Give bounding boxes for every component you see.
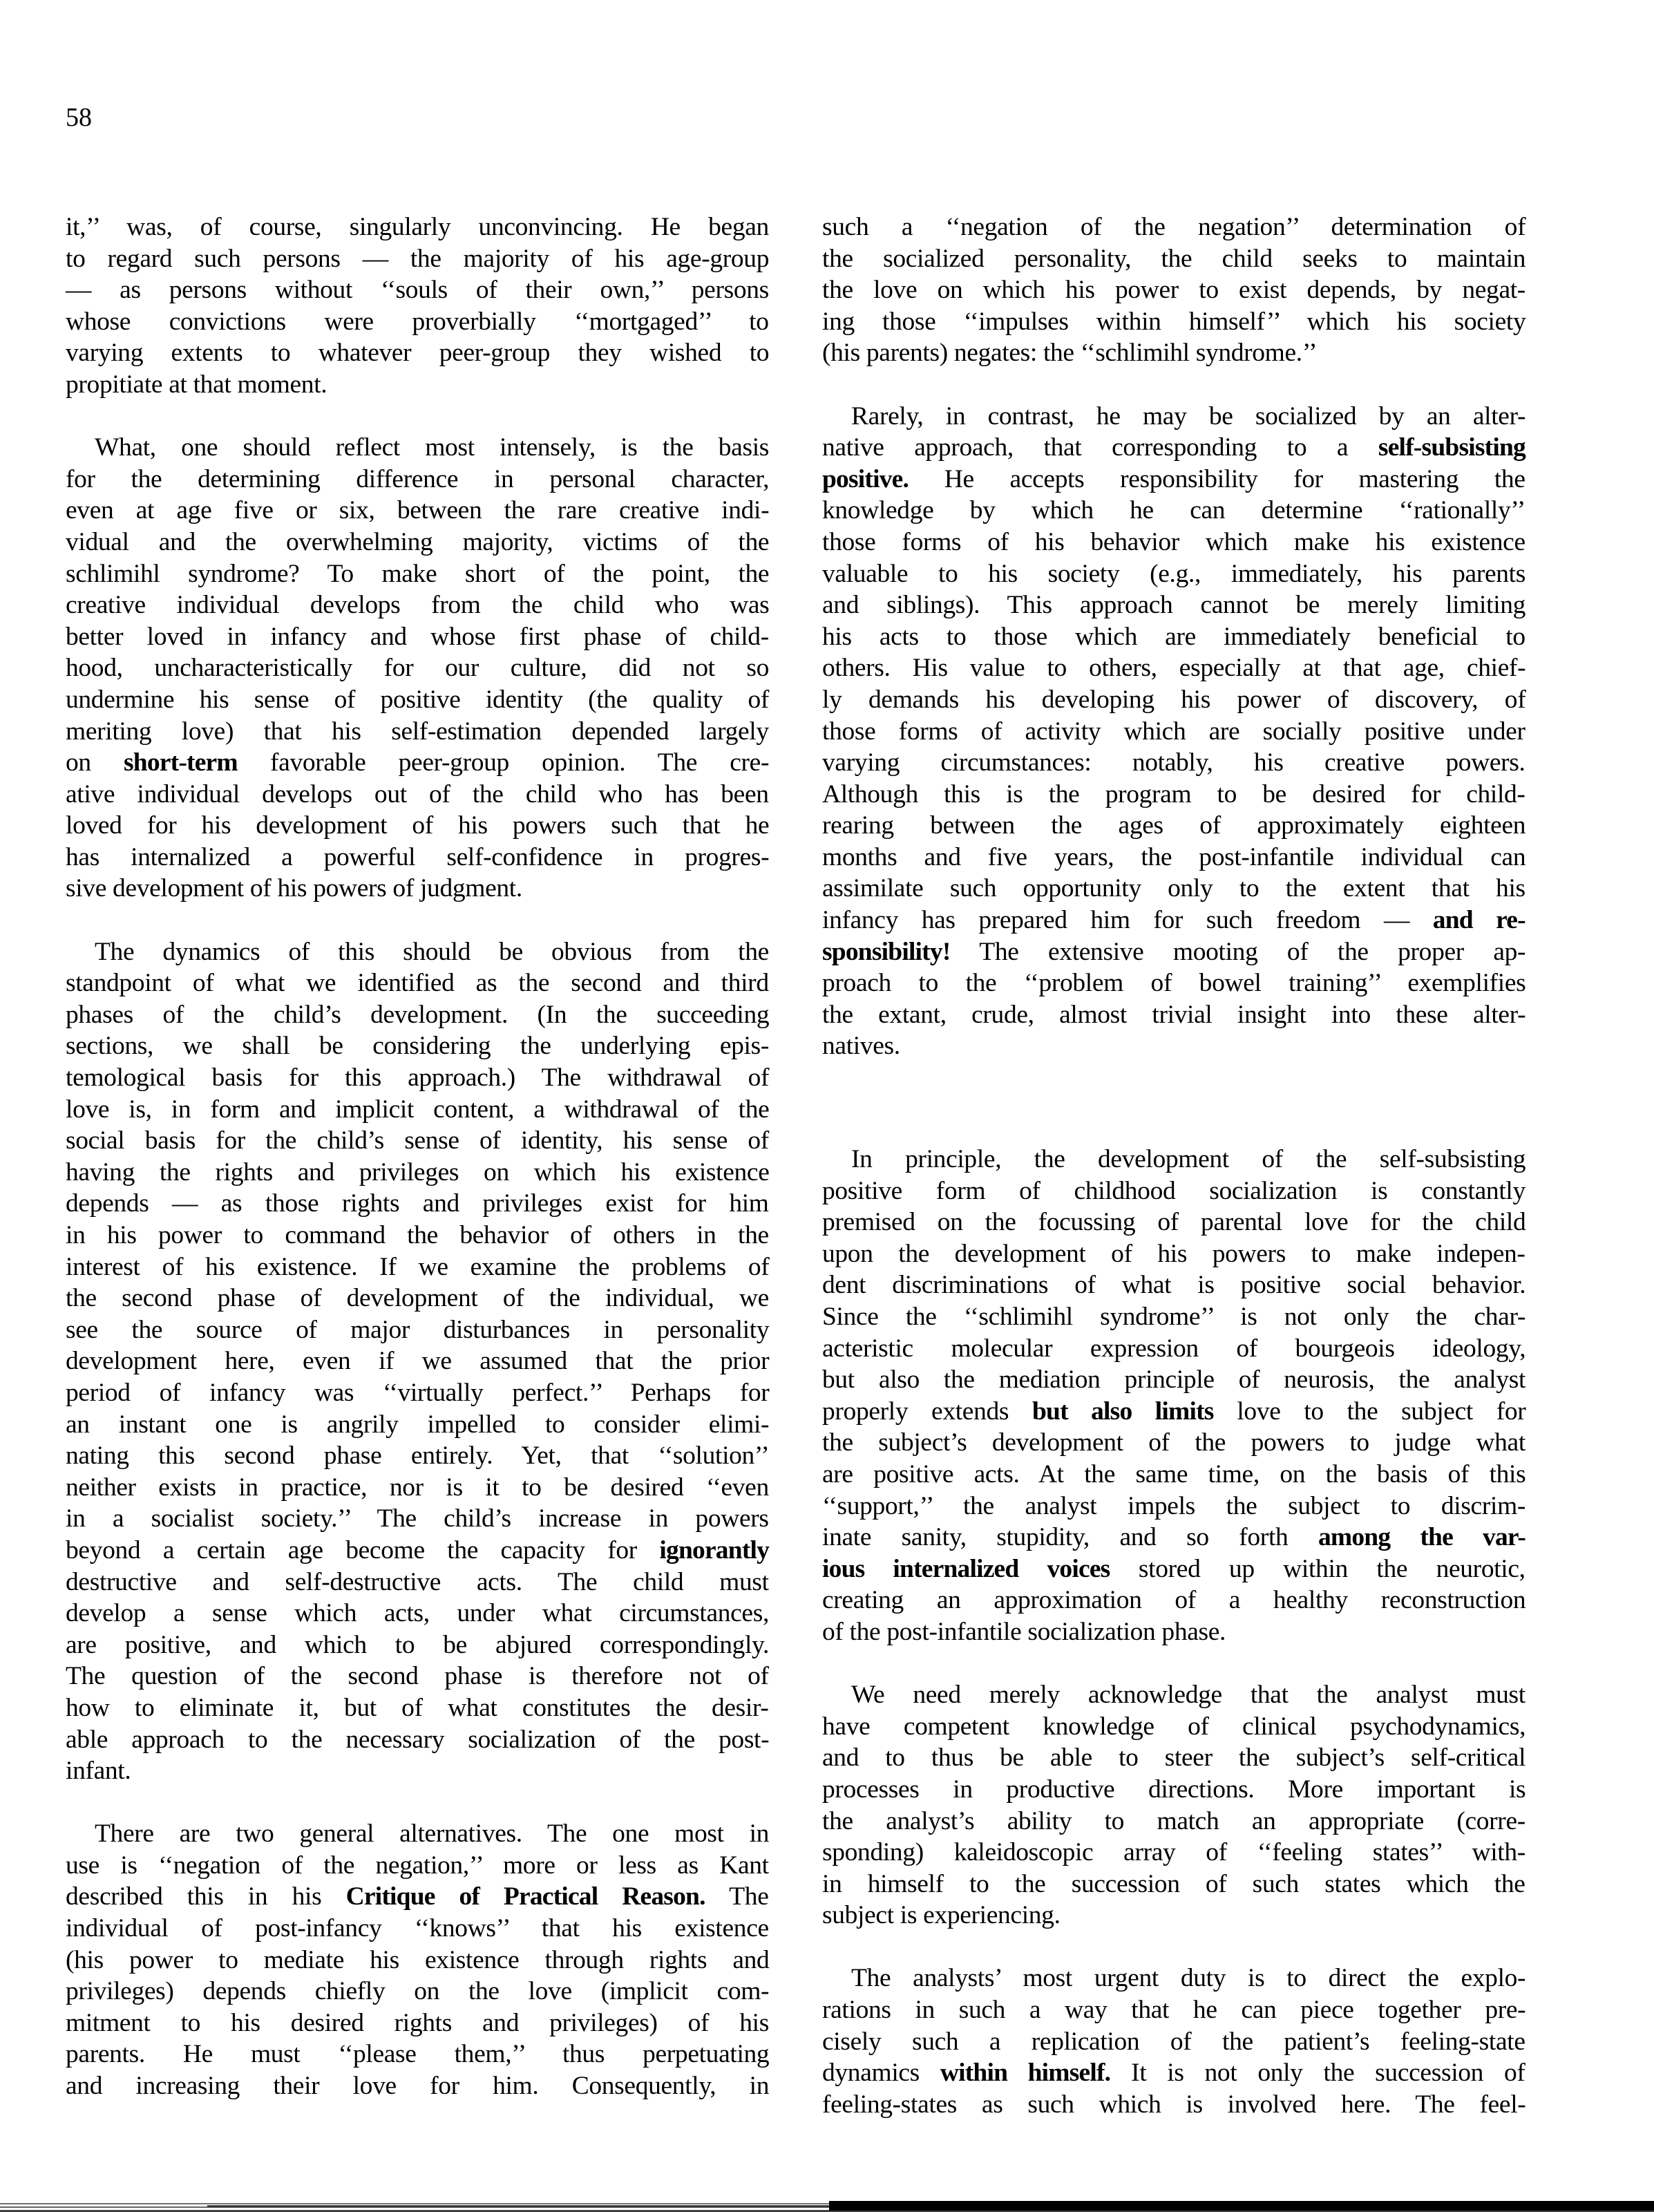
text-run: months and five years, the post-infantil… bbox=[822, 843, 1525, 871]
text-line: varying extents to whatever peer-group t… bbox=[66, 337, 769, 369]
text-run: mitment to his desired rights and privil… bbox=[66, 2009, 769, 2037]
text-line: hood, uncharacteristically for our cultu… bbox=[66, 652, 769, 684]
text-run: development here, even if we assumed tha… bbox=[66, 1347, 769, 1375]
text-run: proach to the ‘‘problem of bowel trainin… bbox=[822, 969, 1525, 997]
text-run: the analyst’s ability to match an approp… bbox=[822, 1807, 1525, 1835]
paragraph-gap bbox=[66, 905, 769, 936]
text-run: social basis for the child’s sense of id… bbox=[66, 1126, 769, 1155]
text-line: his acts to those which are immediately … bbox=[822, 621, 1525, 653]
text-run: Although this is the program to be desir… bbox=[822, 780, 1525, 809]
text-line: individual of post-infancy ‘‘knows’’ tha… bbox=[66, 1913, 769, 1945]
text-line: period of infancy was ‘‘virtually perfec… bbox=[66, 1377, 769, 1409]
text-run: stored up within the neurotic, bbox=[1110, 1555, 1525, 1583]
text-line: processes in productive directions. More… bbox=[822, 1774, 1525, 1806]
text-run: love to the subject for bbox=[1214, 1397, 1526, 1426]
text-line: social basis for the child’s sense of id… bbox=[66, 1125, 769, 1157]
text-line: ative individual develops out of the chi… bbox=[66, 779, 769, 811]
text-line: but also the mediation principle of neur… bbox=[822, 1364, 1525, 1396]
text-line: Rarely, in contrast, he may be socialize… bbox=[822, 401, 1525, 433]
text-line: the subject’s development of the powers … bbox=[822, 1427, 1525, 1459]
text-line: those forms of activity which are social… bbox=[822, 716, 1525, 748]
text-line: Although this is the program to be desir… bbox=[822, 779, 1525, 811]
text-run: others. His value to others, especially … bbox=[822, 654, 1525, 682]
text-line: such a ‘‘negation of the negation’’ dete… bbox=[822, 211, 1525, 243]
text-line: able approach to the necessary socializa… bbox=[66, 1724, 769, 1756]
text-line: the love on which his power to exist dep… bbox=[822, 274, 1525, 306]
text-line: (his power to mediate his existence thro… bbox=[66, 1945, 769, 1976]
text-run: The analysts’ most urgent duty is to dir… bbox=[851, 1964, 1525, 1992]
text-run: undermine his sense of positive identity… bbox=[66, 686, 769, 714]
text-line: in himself to the succession of such sta… bbox=[822, 1869, 1525, 1900]
text-line: feeling-states as such which is involved… bbox=[822, 2089, 1525, 2121]
bold-emphasis: short-term bbox=[124, 748, 238, 777]
text-line: and increasing their love for him. Conse… bbox=[66, 2070, 769, 2102]
text-run: What, one should reflect most intensely,… bbox=[95, 433, 769, 462]
text-run: assimilate such opportunity only to the … bbox=[822, 874, 1525, 902]
text-run: privileges) depends chiefly on the love … bbox=[66, 1977, 769, 2005]
text-line: the extant, crude, almost trivial insigh… bbox=[822, 999, 1525, 1031]
text-line: propitiate at that moment. bbox=[66, 369, 769, 401]
text-run: dent discriminations of what is positive… bbox=[822, 1271, 1525, 1299]
text-line: for the determining difference in person… bbox=[66, 464, 769, 495]
text-line: In principle, the development of the sel… bbox=[822, 1144, 1525, 1175]
text-run: in his power to command the behavior of … bbox=[66, 1221, 769, 1249]
text-line: in a socialist society.’’ The child’s in… bbox=[66, 1503, 769, 1535]
text-line: neither exists in practice, nor is it to… bbox=[66, 1472, 769, 1504]
text-line: to regard such persons — the majority of… bbox=[66, 243, 769, 275]
paragraph: such a ‘‘negation of the negation’’ dete… bbox=[822, 211, 1525, 369]
text-run: are positive acts. At the same time, on … bbox=[822, 1460, 1525, 1488]
text-line: positive. He accepts responsibility for … bbox=[822, 464, 1525, 495]
paragraph-gap bbox=[822, 369, 1525, 401]
text-run: develop a sense which acts, under what c… bbox=[66, 1599, 769, 1627]
text-run: of the post-infantile socialization phas… bbox=[822, 1618, 1226, 1646]
text-run: rearing between the ages of approximatel… bbox=[822, 811, 1525, 840]
text-line: sponsibility! The extensive mooting of t… bbox=[822, 936, 1525, 968]
text-line: how to eliminate it, but of what constit… bbox=[66, 1692, 769, 1724]
text-line: infancy has prepared him for such freedo… bbox=[822, 905, 1525, 936]
text-line: cisely such a replication of the patient… bbox=[822, 2026, 1525, 2058]
text-run: and increasing their love for him. Conse… bbox=[66, 2072, 769, 2100]
text-run: ‘‘support,’’ the analyst impels the subj… bbox=[822, 1492, 1525, 1520]
text-line: undermine his sense of positive identity… bbox=[66, 684, 769, 716]
text-line: native approach, that corresponding to a… bbox=[822, 432, 1525, 464]
text-run: vidual and the overwhelming majority, vi… bbox=[66, 528, 769, 556]
text-line: creative individual develops from the ch… bbox=[66, 589, 769, 621]
text-run: meriting love) that his self-estimation … bbox=[66, 717, 769, 746]
text-line: privileges) depends chiefly on the love … bbox=[66, 1976, 769, 2007]
paragraph: What, one should reflect most intensely,… bbox=[66, 432, 769, 905]
text-run: better loved in infancy and whose first … bbox=[66, 623, 769, 651]
text-run: for the determining difference in person… bbox=[66, 465, 769, 493]
text-line: ing those ‘‘impulses within himself’’ wh… bbox=[822, 306, 1525, 338]
text-run: love is, in form and implicit content, a… bbox=[66, 1095, 769, 1124]
text-run: nating this second phase entirely. Yet, … bbox=[66, 1441, 769, 1470]
text-line: having the rights and privileges on whic… bbox=[66, 1157, 769, 1189]
text-run: dynamics bbox=[822, 2059, 940, 2087]
text-line: schlimihl syndrome? To make short of the… bbox=[66, 558, 769, 590]
text-run: The dynamics of this should be obvious f… bbox=[95, 938, 769, 966]
paragraph: it,’’ was, of course, singularly unconvi… bbox=[66, 211, 769, 401]
text-line: months and five years, the post-infantil… bbox=[822, 842, 1525, 873]
text-run: rations in such a way that he can piece … bbox=[822, 1996, 1525, 2024]
text-run: the socialized personality, the child se… bbox=[822, 245, 1525, 273]
text-line: see the source of major disturbances in … bbox=[66, 1314, 769, 1346]
text-run: schlimihl syndrome? To make short of the… bbox=[66, 560, 769, 588]
paragraph-gap bbox=[822, 1648, 1525, 1680]
text-run: sive development of his powers of judgme… bbox=[66, 874, 522, 902]
text-run: his acts to those which are immediately … bbox=[822, 623, 1525, 651]
text-line: The question of the second phase is ther… bbox=[66, 1661, 769, 1692]
text-run: The extensive mooting of the proper ap- bbox=[951, 938, 1526, 966]
paragraph: In principle, the development of the sel… bbox=[822, 1144, 1525, 1648]
text-line: loved for his development of his powers … bbox=[66, 810, 769, 842]
text-run: sections, we shall be considering the un… bbox=[66, 1032, 769, 1060]
text-run: those forms of activity which are social… bbox=[822, 717, 1525, 746]
text-line: whose convictions were proverbially ‘‘mo… bbox=[66, 306, 769, 338]
text-run: hood, uncharacteristically for our cultu… bbox=[66, 654, 769, 682]
text-run: the love on which his power to exist dep… bbox=[822, 276, 1525, 304]
bold-emphasis: within himself. bbox=[940, 2059, 1110, 2087]
text-run: see the source of major disturbances in … bbox=[66, 1316, 769, 1344]
text-run: processes in productive directions. More… bbox=[822, 1775, 1525, 1804]
text-run: The bbox=[705, 1882, 769, 1911]
text-run: valuable to his society (e.g., immediate… bbox=[822, 560, 1525, 588]
text-line: and to thus be able to steer the subject… bbox=[822, 1742, 1525, 1774]
text-run: We need merely acknowledge that the anal… bbox=[851, 1681, 1525, 1709]
text-run: an instant one is angrily impelled to co… bbox=[66, 1410, 769, 1439]
text-line: ly demands his developing his power of d… bbox=[822, 684, 1525, 716]
text-run: varying extents to whatever peer-group t… bbox=[66, 339, 769, 367]
text-run: phases of the child’s development. (In t… bbox=[66, 1001, 769, 1029]
text-run: premised on the focussing of parental lo… bbox=[822, 1208, 1525, 1236]
text-run: temological basis for this approach.) Th… bbox=[66, 1064, 769, 1092]
text-run: ly demands his developing his power of d… bbox=[822, 686, 1525, 714]
text-line: the analyst’s ability to match an approp… bbox=[822, 1806, 1525, 1837]
text-run: even at age five or six, between the rar… bbox=[66, 496, 769, 524]
text-run: sponding) kaleidoscopic array of ‘‘feeli… bbox=[822, 1838, 1525, 1866]
text-run: how to eliminate it, but of what constit… bbox=[66, 1694, 768, 1722]
text-line: meriting love) that his self-estimation … bbox=[66, 716, 769, 748]
text-line: of the post-infantile socialization phas… bbox=[822, 1616, 1525, 1648]
bold-emphasis: but also limits bbox=[1032, 1397, 1214, 1426]
text-line: dynamics within himself. It is not only … bbox=[822, 2057, 1525, 2089]
text-line: are positive, and which to be abjured co… bbox=[66, 1629, 769, 1661]
text-run: having the rights and privileges on whic… bbox=[66, 1158, 770, 1187]
text-line: vidual and the overwhelming majority, vi… bbox=[66, 527, 769, 558]
text-run: feeling-states as such which is involved… bbox=[822, 2090, 1525, 2119]
text-line: sponding) kaleidoscopic array of ‘‘feeli… bbox=[822, 1837, 1525, 1869]
text-run: in himself to the succession of such sta… bbox=[822, 1870, 1525, 1898]
text-run: inate sanity, stupidity, and so forth bbox=[822, 1523, 1318, 1551]
text-line: inate sanity, stupidity, and so forth am… bbox=[822, 1522, 1525, 1553]
text-run: properly extends bbox=[822, 1397, 1032, 1426]
text-line: There are two general alternatives. The … bbox=[66, 1818, 769, 1850]
text-run: acteristic molecular expression of bourg… bbox=[822, 1334, 1525, 1363]
text-line: are positive acts. At the same time, on … bbox=[822, 1459, 1525, 1491]
text-run: varying circumstances: notably, his crea… bbox=[822, 748, 1525, 777]
paragraph-gap bbox=[822, 1062, 1525, 1144]
text-run: able approach to the necessary socializa… bbox=[66, 1726, 769, 1754]
text-run: in a socialist society.’’ The child’s in… bbox=[66, 1504, 769, 1533]
bold-emphasis: among the var- bbox=[1318, 1523, 1525, 1551]
text-run: creative individual develops from the ch… bbox=[66, 591, 769, 619]
text-line: the second phase of development of the i… bbox=[66, 1283, 769, 1314]
paragraph-gap bbox=[66, 1787, 769, 1819]
text-line: phases of the child’s development. (In t… bbox=[66, 999, 769, 1031]
text-line: sive development of his powers of judgme… bbox=[66, 873, 769, 905]
text-run: positive form of childhood socialization… bbox=[822, 1177, 1525, 1205]
text-run: those forms of his behavior which make h… bbox=[822, 528, 1525, 556]
text-run: It is not only the succession of bbox=[1110, 2059, 1525, 2087]
text-run: such a ‘‘negation of the negation’’ dete… bbox=[822, 213, 1525, 241]
text-run: depends — as those rights and privileges… bbox=[66, 1189, 769, 1218]
text-line: upon the development of his powers to ma… bbox=[822, 1238, 1525, 1270]
text-line: have competent knowledge of clinical psy… bbox=[822, 1711, 1525, 1743]
text-line: rations in such a way that he can piece … bbox=[822, 1994, 1525, 2026]
text-line: develop a sense which acts, under what c… bbox=[66, 1598, 769, 1629]
left-column: it,’’ was, of course, singularly unconvi… bbox=[66, 211, 769, 2102]
text-line: properly extends but also limits love to… bbox=[822, 1396, 1525, 1428]
text-line: ‘‘support,’’ the analyst impels the subj… bbox=[822, 1491, 1525, 1522]
text-run: but also the mediation principle of neur… bbox=[822, 1365, 1525, 1394]
text-run: and siblings). This approach cannot be m… bbox=[822, 591, 1525, 619]
text-line: love is, in form and implicit content, a… bbox=[66, 1094, 769, 1126]
text-line: in his power to command the behavior of … bbox=[66, 1220, 769, 1251]
text-run: standpoint of what we identified as the … bbox=[66, 969, 769, 997]
text-line: it,’’ was, of course, singularly unconvi… bbox=[66, 211, 769, 243]
paragraph: Rarely, in contrast, he may be socialize… bbox=[822, 401, 1525, 1062]
text-line: valuable to his society (e.g., immediate… bbox=[822, 558, 1525, 590]
text-line: What, one should reflect most intensely,… bbox=[66, 432, 769, 464]
text-run: have competent knowledge of clinical psy… bbox=[822, 1712, 1525, 1741]
text-run: destructive and self-destructive acts. T… bbox=[66, 1568, 769, 1596]
text-run: subject is experiencing. bbox=[822, 1901, 1061, 1929]
paragraph: We need merely acknowledge that the anal… bbox=[822, 1679, 1525, 1931]
text-run: use is ‘‘negation of the negation,’’ mor… bbox=[66, 1851, 769, 1880]
text-run: the second phase of development of the i… bbox=[66, 1284, 769, 1312]
text-line: (his parents) negates: the ‘‘schlimihl s… bbox=[822, 337, 1525, 369]
text-run: to regard such persons — the majority of… bbox=[66, 245, 769, 273]
bold-emphasis: positive. bbox=[822, 465, 909, 493]
text-line: acteristic molecular expression of bourg… bbox=[822, 1333, 1525, 1365]
text-run: and to thus be able to steer the subject… bbox=[822, 1743, 1525, 1772]
paragraph-gap bbox=[822, 1931, 1525, 1963]
text-line: those forms of his behavior which make h… bbox=[822, 527, 1525, 558]
text-run: creating an approximation of a healthy r… bbox=[822, 1586, 1525, 1614]
text-line: better loved in infancy and whose first … bbox=[66, 621, 769, 653]
text-run: In principle, the development of the sel… bbox=[851, 1145, 1525, 1173]
paragraph: The analysts’ most urgent duty is to dir… bbox=[822, 1963, 1525, 2120]
text-line: ious internalized voices stored up withi… bbox=[822, 1553, 1525, 1585]
text-line: natives. bbox=[822, 1030, 1525, 1062]
paragraph: The dynamics of this should be obvious f… bbox=[66, 936, 769, 1787]
text-line: an instant one is angrily impelled to co… bbox=[66, 1409, 769, 1441]
text-run: upon the development of his powers to ma… bbox=[822, 1240, 1525, 1268]
text-line: development here, even if we assumed tha… bbox=[66, 1345, 769, 1377]
text-line: depends — as those rights and privileges… bbox=[66, 1188, 769, 1220]
text-run: are positive, and which to be abjured co… bbox=[66, 1631, 769, 1659]
text-run: ing those ‘‘impulses within himself’’ wh… bbox=[822, 308, 1525, 336]
text-run: interest of his existence. If we examine… bbox=[66, 1253, 769, 1281]
text-run: knowledge by which he can determine ‘‘ra… bbox=[822, 496, 1525, 524]
text-line: proach to the ‘‘problem of bowel trainin… bbox=[822, 967, 1525, 999]
text-line: positive form of childhood socialization… bbox=[822, 1175, 1525, 1207]
text-line: mitment to his desired rights and privil… bbox=[66, 2007, 769, 2039]
text-run: it,’’ was, of course, singularly unconvi… bbox=[66, 213, 769, 241]
text-line: sections, we shall be considering the un… bbox=[66, 1030, 769, 1062]
text-line: parents. He must ‘‘please them,’’ thus p… bbox=[66, 2039, 769, 2070]
text-line: rearing between the ages of approximatel… bbox=[822, 810, 1525, 842]
text-run: period of infancy was ‘‘virtually perfec… bbox=[66, 1379, 769, 1407]
right-column: such a ‘‘negation of the negation’’ dete… bbox=[822, 211, 1525, 2120]
text-run: described this in his bbox=[66, 1882, 346, 1911]
text-run: individual of post-infancy ‘‘knows’’ tha… bbox=[66, 1914, 769, 1942]
bold-emphasis: self-subsisting bbox=[1378, 433, 1525, 462]
text-line: beyond a certain age become the capacity… bbox=[66, 1535, 769, 1567]
text-line: has internalized a powerful self-confide… bbox=[66, 842, 769, 873]
text-line: described this in his Critique of Practi… bbox=[66, 1881, 769, 1913]
text-line: destructive and self-destructive acts. T… bbox=[66, 1567, 769, 1598]
text-run: has internalized a powerful self-confide… bbox=[66, 843, 769, 871]
text-run: Since the ‘‘schlimihl syndrome’’ is not … bbox=[822, 1303, 1525, 1331]
text-line: use is ‘‘negation of the negation,’’ mor… bbox=[66, 1850, 769, 1882]
text-line: knowledge by which he can determine ‘‘ra… bbox=[822, 495, 1525, 527]
text-run: (his power to mediate his existence thro… bbox=[66, 1946, 769, 1974]
paragraph-gap bbox=[66, 401, 769, 433]
text-line: varying circumstances: notably, his crea… bbox=[822, 747, 1525, 779]
text-run: native approach, that corresponding to a bbox=[822, 433, 1378, 462]
text-run: on bbox=[66, 748, 124, 777]
paragraph: There are two general alternatives. The … bbox=[66, 1818, 769, 2101]
text-run: — as persons without ‘‘souls of their ow… bbox=[66, 276, 769, 304]
text-run: the extant, crude, almost trivial insigh… bbox=[822, 1001, 1525, 1029]
bold-emphasis: ious internalized voices bbox=[822, 1555, 1110, 1583]
text-run: cisely such a replication of the patient… bbox=[822, 2027, 1525, 2056]
text-line: others. His value to others, especially … bbox=[822, 652, 1525, 684]
text-line: The analysts’ most urgent duty is to dir… bbox=[822, 1963, 1525, 1994]
text-run: favorable peer-group opinion. The cre- bbox=[238, 748, 769, 777]
text-line: creating an approximation of a healthy r… bbox=[822, 1585, 1525, 1616]
text-line: the socialized personality, the child se… bbox=[822, 243, 1525, 275]
text-line: infant. bbox=[66, 1755, 769, 1787]
text-run: He accepts responsibility for mastering … bbox=[909, 465, 1525, 493]
text-run: infancy has prepared him for such freedo… bbox=[822, 906, 1433, 934]
text-run: propitiate at that moment. bbox=[66, 370, 327, 399]
text-run: whose convictions were proverbially ‘‘mo… bbox=[66, 308, 769, 336]
page-number: 58 bbox=[66, 102, 92, 133]
text-run: loved for his development of his powers … bbox=[66, 811, 769, 840]
text-line: We need merely acknowledge that the anal… bbox=[822, 1679, 1525, 1711]
text-run: (his parents) negates: the ‘‘schlimihl s… bbox=[822, 339, 1317, 367]
text-run: infant. bbox=[66, 1757, 131, 1785]
text-line: premised on the focussing of parental lo… bbox=[822, 1207, 1525, 1238]
text-line: Since the ‘‘schlimihl syndrome’’ is not … bbox=[822, 1301, 1525, 1333]
bold-emphasis: Critique of Practical Reason. bbox=[346, 1882, 705, 1911]
text-run: The question of the second phase is ther… bbox=[66, 1662, 769, 1690]
text-line: temological basis for this approach.) Th… bbox=[66, 1062, 769, 1094]
text-line: interest of his existence. If we examine… bbox=[66, 1251, 769, 1283]
text-line: The dynamics of this should be obvious f… bbox=[66, 936, 769, 968]
text-line: standpoint of what we identified as the … bbox=[66, 967, 769, 999]
text-line: and siblings). This approach cannot be m… bbox=[822, 589, 1525, 621]
scan-edge-artifact bbox=[0, 2199, 1654, 2212]
text-run: parents. He must ‘‘please them,’’ thus p… bbox=[66, 2040, 769, 2068]
text-run: neither exists in practice, nor is it to… bbox=[66, 1473, 769, 1502]
bold-emphasis: sponsibility! bbox=[822, 938, 951, 966]
text-line: — as persons without ‘‘souls of their ow… bbox=[66, 274, 769, 306]
text-run: ative individual develops out of the chi… bbox=[66, 780, 769, 809]
text-line: assimilate such opportunity only to the … bbox=[822, 873, 1525, 905]
text-line: dent discriminations of what is positive… bbox=[822, 1269, 1525, 1301]
text-line: subject is experiencing. bbox=[822, 1900, 1525, 1931]
text-run: natives. bbox=[822, 1032, 900, 1060]
text-run: Rarely, in contrast, he may be socialize… bbox=[851, 402, 1525, 431]
text-line: even at age five or six, between the rar… bbox=[66, 495, 769, 527]
text-line: on short-term favorable peer-group opini… bbox=[66, 747, 769, 779]
text-run: There are two general alternatives. The … bbox=[95, 1819, 769, 1848]
text-run: beyond a certain age become the capacity… bbox=[66, 1536, 659, 1565]
bold-emphasis: and re- bbox=[1433, 906, 1525, 934]
text-run: the subject’s development of the powers … bbox=[822, 1428, 1525, 1457]
text-line: nating this second phase entirely. Yet, … bbox=[66, 1440, 769, 1472]
bold-emphasis: ignorantly bbox=[659, 1536, 769, 1565]
